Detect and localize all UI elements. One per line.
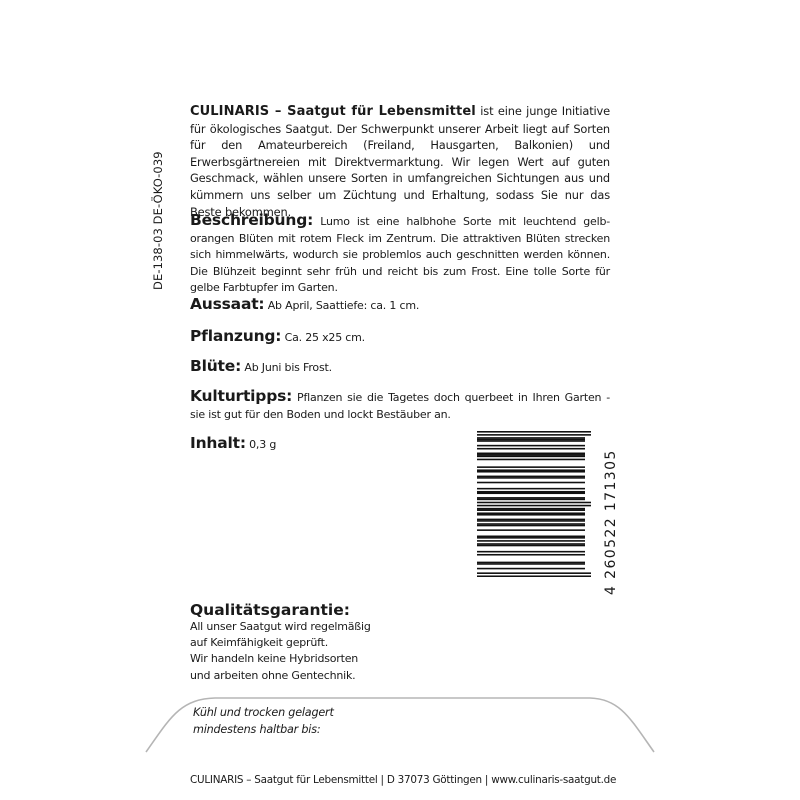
intro-text: ist eine junge Initiative für ökologisch… bbox=[190, 104, 610, 219]
aussaat-text: Ab April, Saattiefe: ca. 1 cm. bbox=[264, 299, 419, 312]
inhalt-text: 0,3 g bbox=[246, 438, 276, 451]
section-beschreibung: Beschreibung: Lumo ist eine halbhohe Sor… bbox=[190, 212, 610, 297]
quality-line: und arbeiten ohne Gentechnik. bbox=[190, 668, 450, 684]
section-aussaat: Aussaat: Ab April, Saattiefe: ca. 1 cm. bbox=[190, 296, 419, 315]
quality-line: All unser Saatgut wird regelmäßig bbox=[190, 619, 450, 635]
storage-line: mindestens haltbar bis: bbox=[193, 721, 334, 738]
quality-line: Wir handeln keine Hybridsorten bbox=[190, 651, 450, 667]
certification-code: DE-138-03 DE-ÖKO-039 bbox=[151, 151, 165, 290]
footer-address: CULINARIS – Saatgut für Lebensmittel | D… bbox=[190, 774, 616, 786]
bluete-label: Blüte: bbox=[190, 357, 241, 375]
pflanzung-text: Ca. 25 x25 cm. bbox=[281, 331, 365, 344]
quality-guarantee: Qualitätsgarantie: All unser Saatgut wir… bbox=[190, 601, 450, 684]
storage-line: Kühl und trocken gelagert bbox=[193, 704, 334, 721]
barcode-icon bbox=[477, 431, 591, 577]
kulturtipps-label: Kulturtipps: bbox=[190, 387, 292, 405]
quality-title: Qualitätsgarantie: bbox=[190, 601, 450, 619]
intro-paragraph: CULINARIS – Saatgut für Lebensmittel ist… bbox=[190, 103, 610, 220]
aussaat-label: Aussaat: bbox=[190, 295, 264, 313]
section-kulturtipps: Kulturtipps: Pflanzen sie die Tagetes do… bbox=[190, 388, 610, 423]
quality-line: auf Keimfähigkeit geprüft. bbox=[190, 635, 450, 651]
inhalt-label: Inhalt: bbox=[190, 434, 246, 452]
section-pflanzung: Pflanzung: Ca. 25 x25 cm. bbox=[190, 328, 365, 347]
brand-name: CULINARIS – Saatgut für Lebensmittel bbox=[190, 104, 476, 119]
storage-note: Kühl und trocken gelagert mindestens hal… bbox=[193, 704, 334, 738]
bluete-text: Ab Juni bis Frost. bbox=[241, 361, 332, 374]
barcode-number: 4 260522 171305 bbox=[603, 449, 619, 595]
pflanzung-label: Pflanzung: bbox=[190, 327, 281, 345]
section-inhalt: Inhalt: 0,3 g bbox=[190, 435, 276, 454]
beschreibung-label: Beschreibung: bbox=[190, 211, 313, 229]
seed-packet-back: DE-138-03 DE-ÖKO-039 CULINARIS – Saatgut… bbox=[0, 0, 800, 800]
section-bluete: Blüte: Ab Juni bis Frost. bbox=[190, 358, 332, 377]
